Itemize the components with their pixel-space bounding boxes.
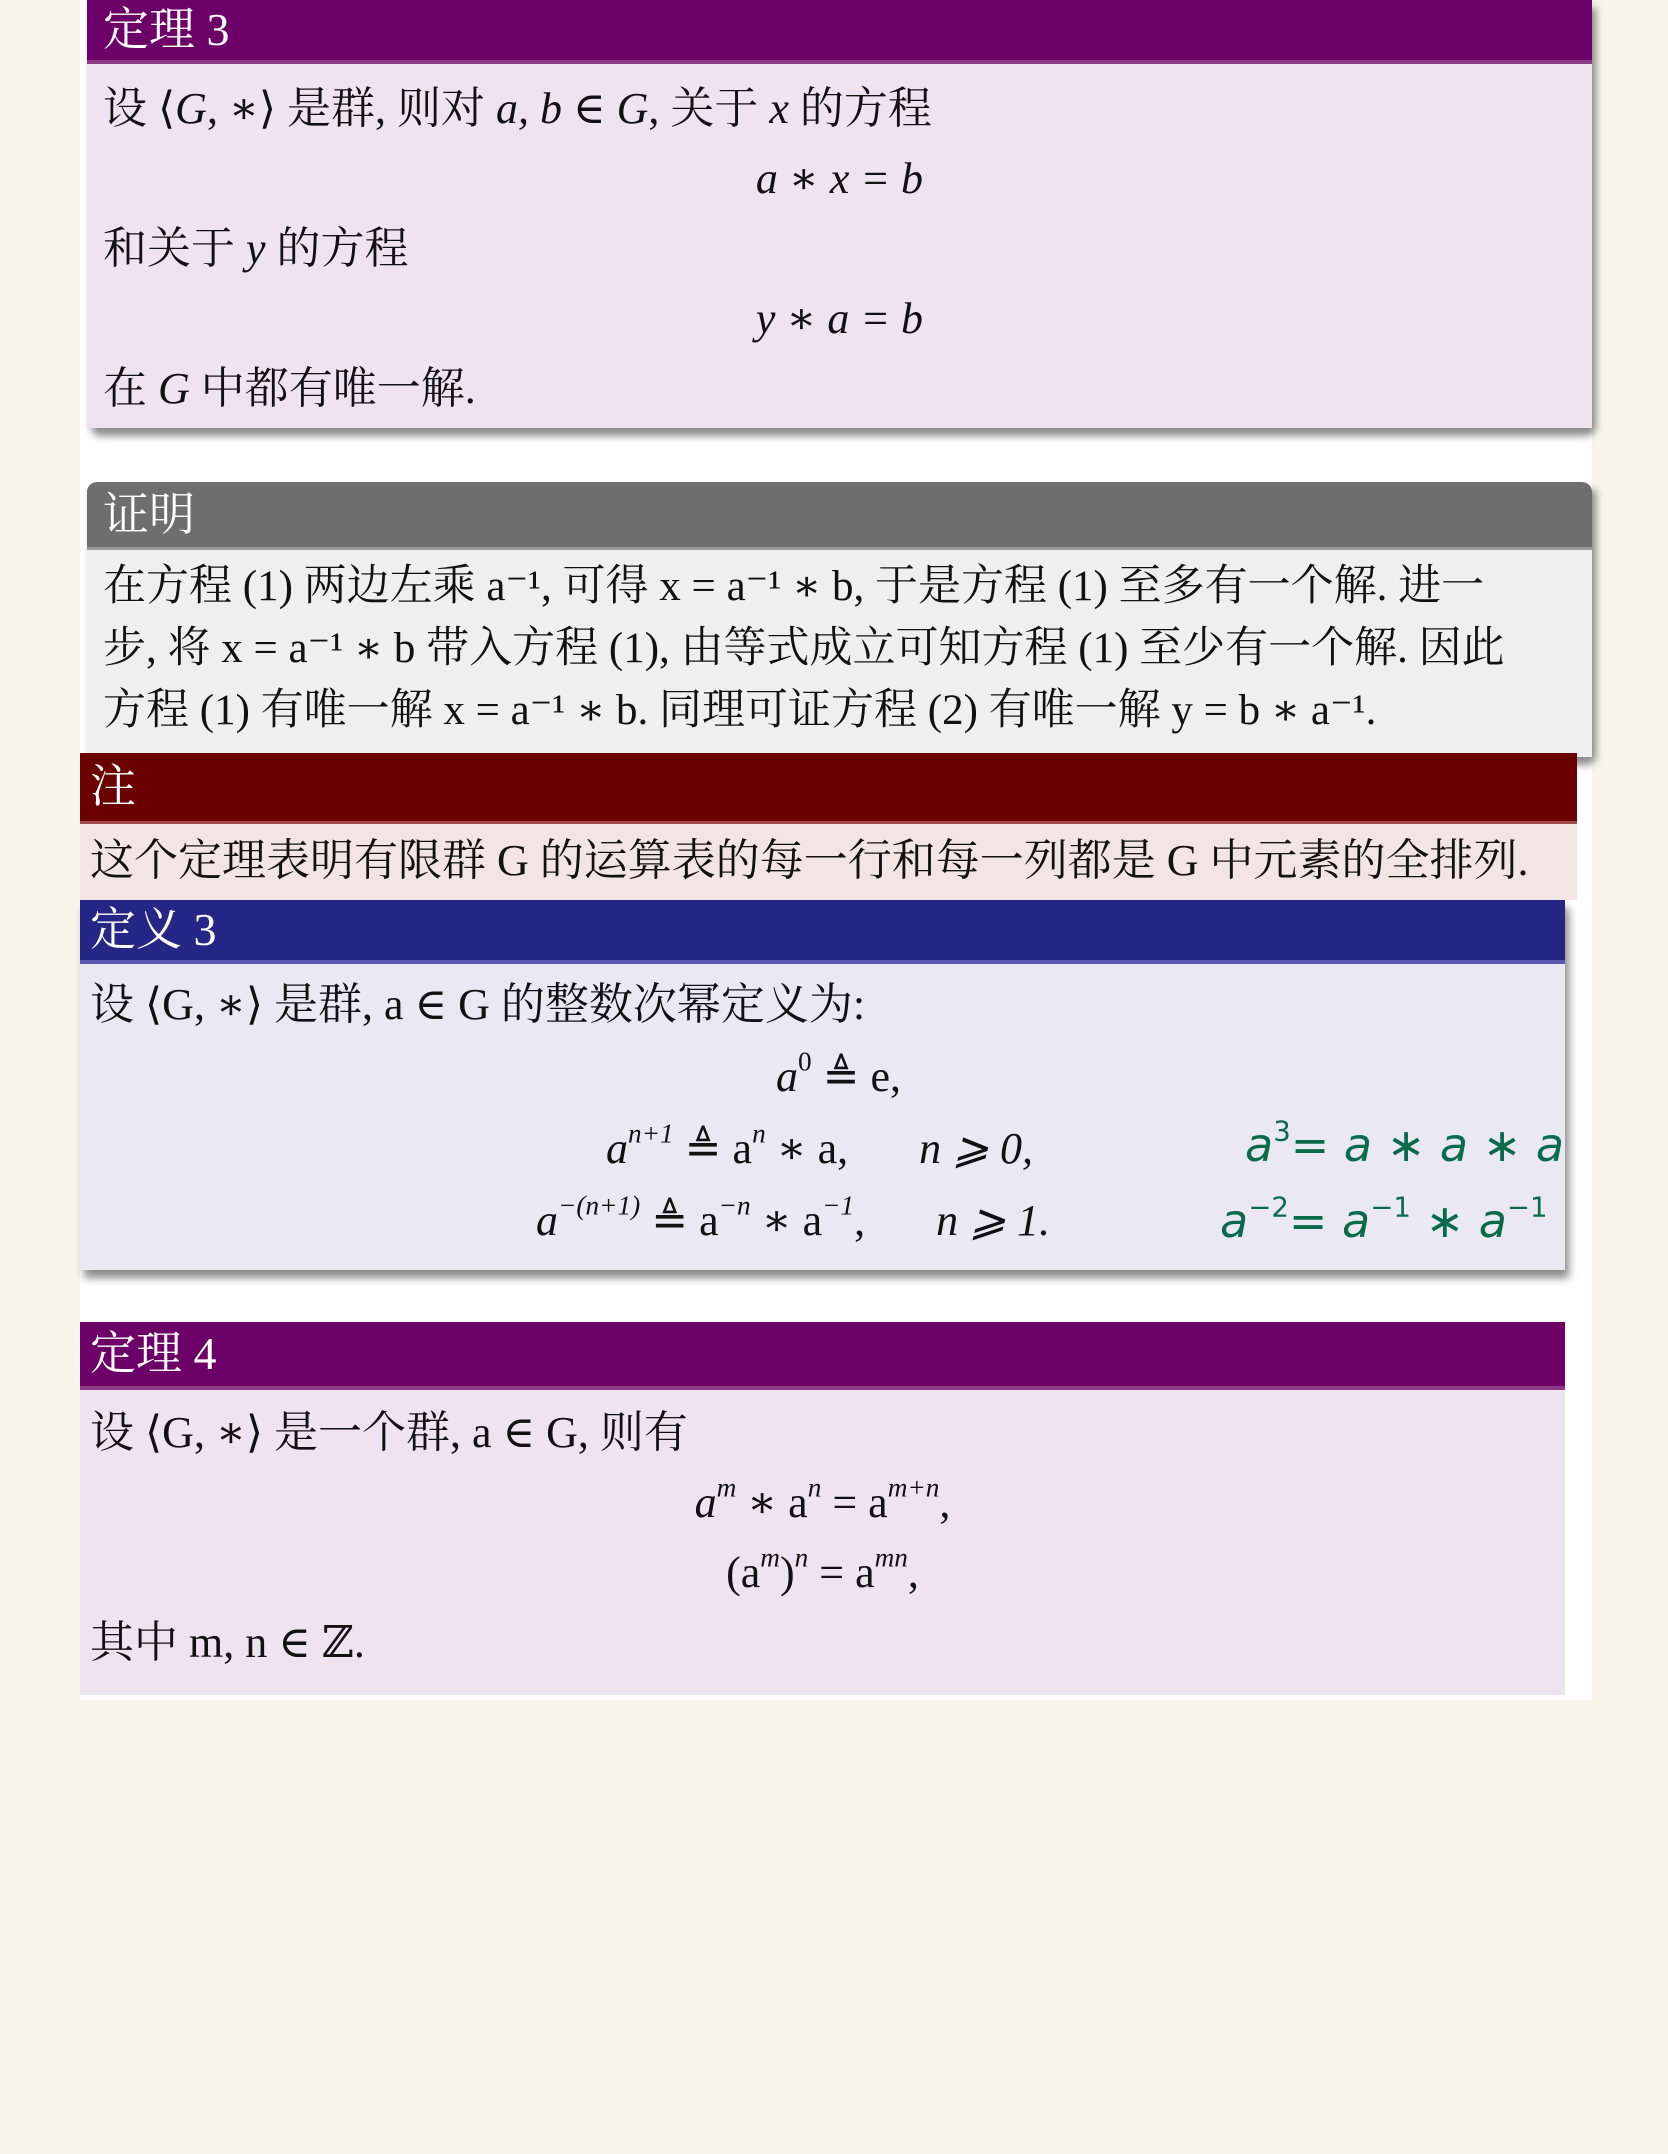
definition-eq-3: a−(n+1) ≜ a−n ∗ a−1, n ⩾ 1.: [536, 1186, 1050, 1256]
equation-1: a ∗ x = b: [103, 144, 1576, 214]
proof-title: 证明: [87, 482, 1592, 550]
theorem-3-line-3: 在 G 中都有唯一解.: [103, 354, 1576, 424]
theorem-3-body: 设 ⟨G, ∗⟩ 是群, 则对 a, b ∈ G, 关于 x 的方程 a ∗ x…: [87, 64, 1592, 428]
definition-3-block: 定义 3 设 ⟨G, ∗⟩ 是群, a ∈ G 的整数次幂定义为: a0 ≜ e…: [80, 900, 1565, 1270]
proof-line: 在方程 (1) 两边左乘 a⁻¹, 可得 x = a⁻¹ ∗ b, 于是方程 (…: [103, 556, 1576, 618]
proof-block: 证明 在方程 (1) 两边左乘 a⁻¹, 可得 x = a⁻¹ ∗ b, 于是方…: [87, 482, 1592, 757]
proof-line: 方程 (1) 有唯一解 x = a⁻¹ ∗ b. 同理可证方程 (2) 有唯一解…: [103, 680, 1576, 742]
theorem-3-block: 定理 3 设 ⟨G, ∗⟩ 是群, 则对 a, b ∈ G, 关于 x 的方程 …: [87, 0, 1592, 428]
note-block: 注 这个定理表明有限群 G 的运算表的每一行和每一列都是 G 中元素的全排列.: [80, 753, 1577, 900]
handwritten-note-a-cubed: a3= a ∗ a ∗ a: [1245, 1110, 1564, 1180]
handwritten-note-a-inverse-squared: a−2= a−1 ∗ a−1: [1220, 1186, 1548, 1256]
theorem-4-eq-2: (am)n = amn,: [90, 1538, 1555, 1608]
theorem-4-block: 定理 4 设 ⟨G, ∗⟩ 是一个群, a ∈ G, 则有 am ∗ an = …: [80, 1322, 1565, 1695]
theorem-3-line-2: 和关于 y 的方程: [103, 214, 1576, 284]
theorem-4-eq-1: am ∗ an = am+n,: [90, 1468, 1555, 1538]
equation-2: y ∗ a = b: [103, 284, 1576, 354]
note-body: 这个定理表明有限群 G 的运算表的每一行和每一列都是 G 中元素的全排列.: [80, 824, 1577, 900]
definition-3-intro: 设 ⟨G, ∗⟩ 是群, a ∈ G 的整数次幂定义为:: [90, 970, 1555, 1040]
theorem-3-title: 定理 3: [87, 0, 1592, 64]
theorem-4-title: 定理 4: [80, 1322, 1565, 1390]
theorem-4-body: 设 ⟨G, ∗⟩ 是一个群, a ∈ G, 则有 am ∗ an = am+n,…: [80, 1390, 1565, 1695]
proof-body: 在方程 (1) 两边左乘 a⁻¹, 可得 x = a⁻¹ ∗ b, 于是方程 (…: [87, 550, 1592, 757]
theorem-4-outro: 其中 m, n ∈ ℤ.: [90, 1608, 1555, 1678]
definition-eq-2: an+1 ≜ an ∗ a, n ⩾ 0,: [606, 1114, 1033, 1184]
note-title: 注: [80, 753, 1577, 824]
proof-line: 步, 将 x = a⁻¹ ∗ b 带入方程 (1), 由等式成立可知方程 (1)…: [103, 618, 1576, 680]
definition-3-body: 设 ⟨G, ∗⟩ 是群, a ∈ G 的整数次幂定义为: a0 ≜ e, an+…: [80, 964, 1565, 1270]
theorem-4-intro: 设 ⟨G, ∗⟩ 是一个群, a ∈ G, 则有: [90, 1398, 1555, 1468]
definition-3-title: 定义 3: [80, 900, 1565, 964]
theorem-3-line-1: 设 ⟨G, ∗⟩ 是群, 则对 a, b ∈ G, 关于 x 的方程: [103, 74, 1576, 144]
definition-eq-1: a0 ≜ e,: [776, 1042, 901, 1112]
